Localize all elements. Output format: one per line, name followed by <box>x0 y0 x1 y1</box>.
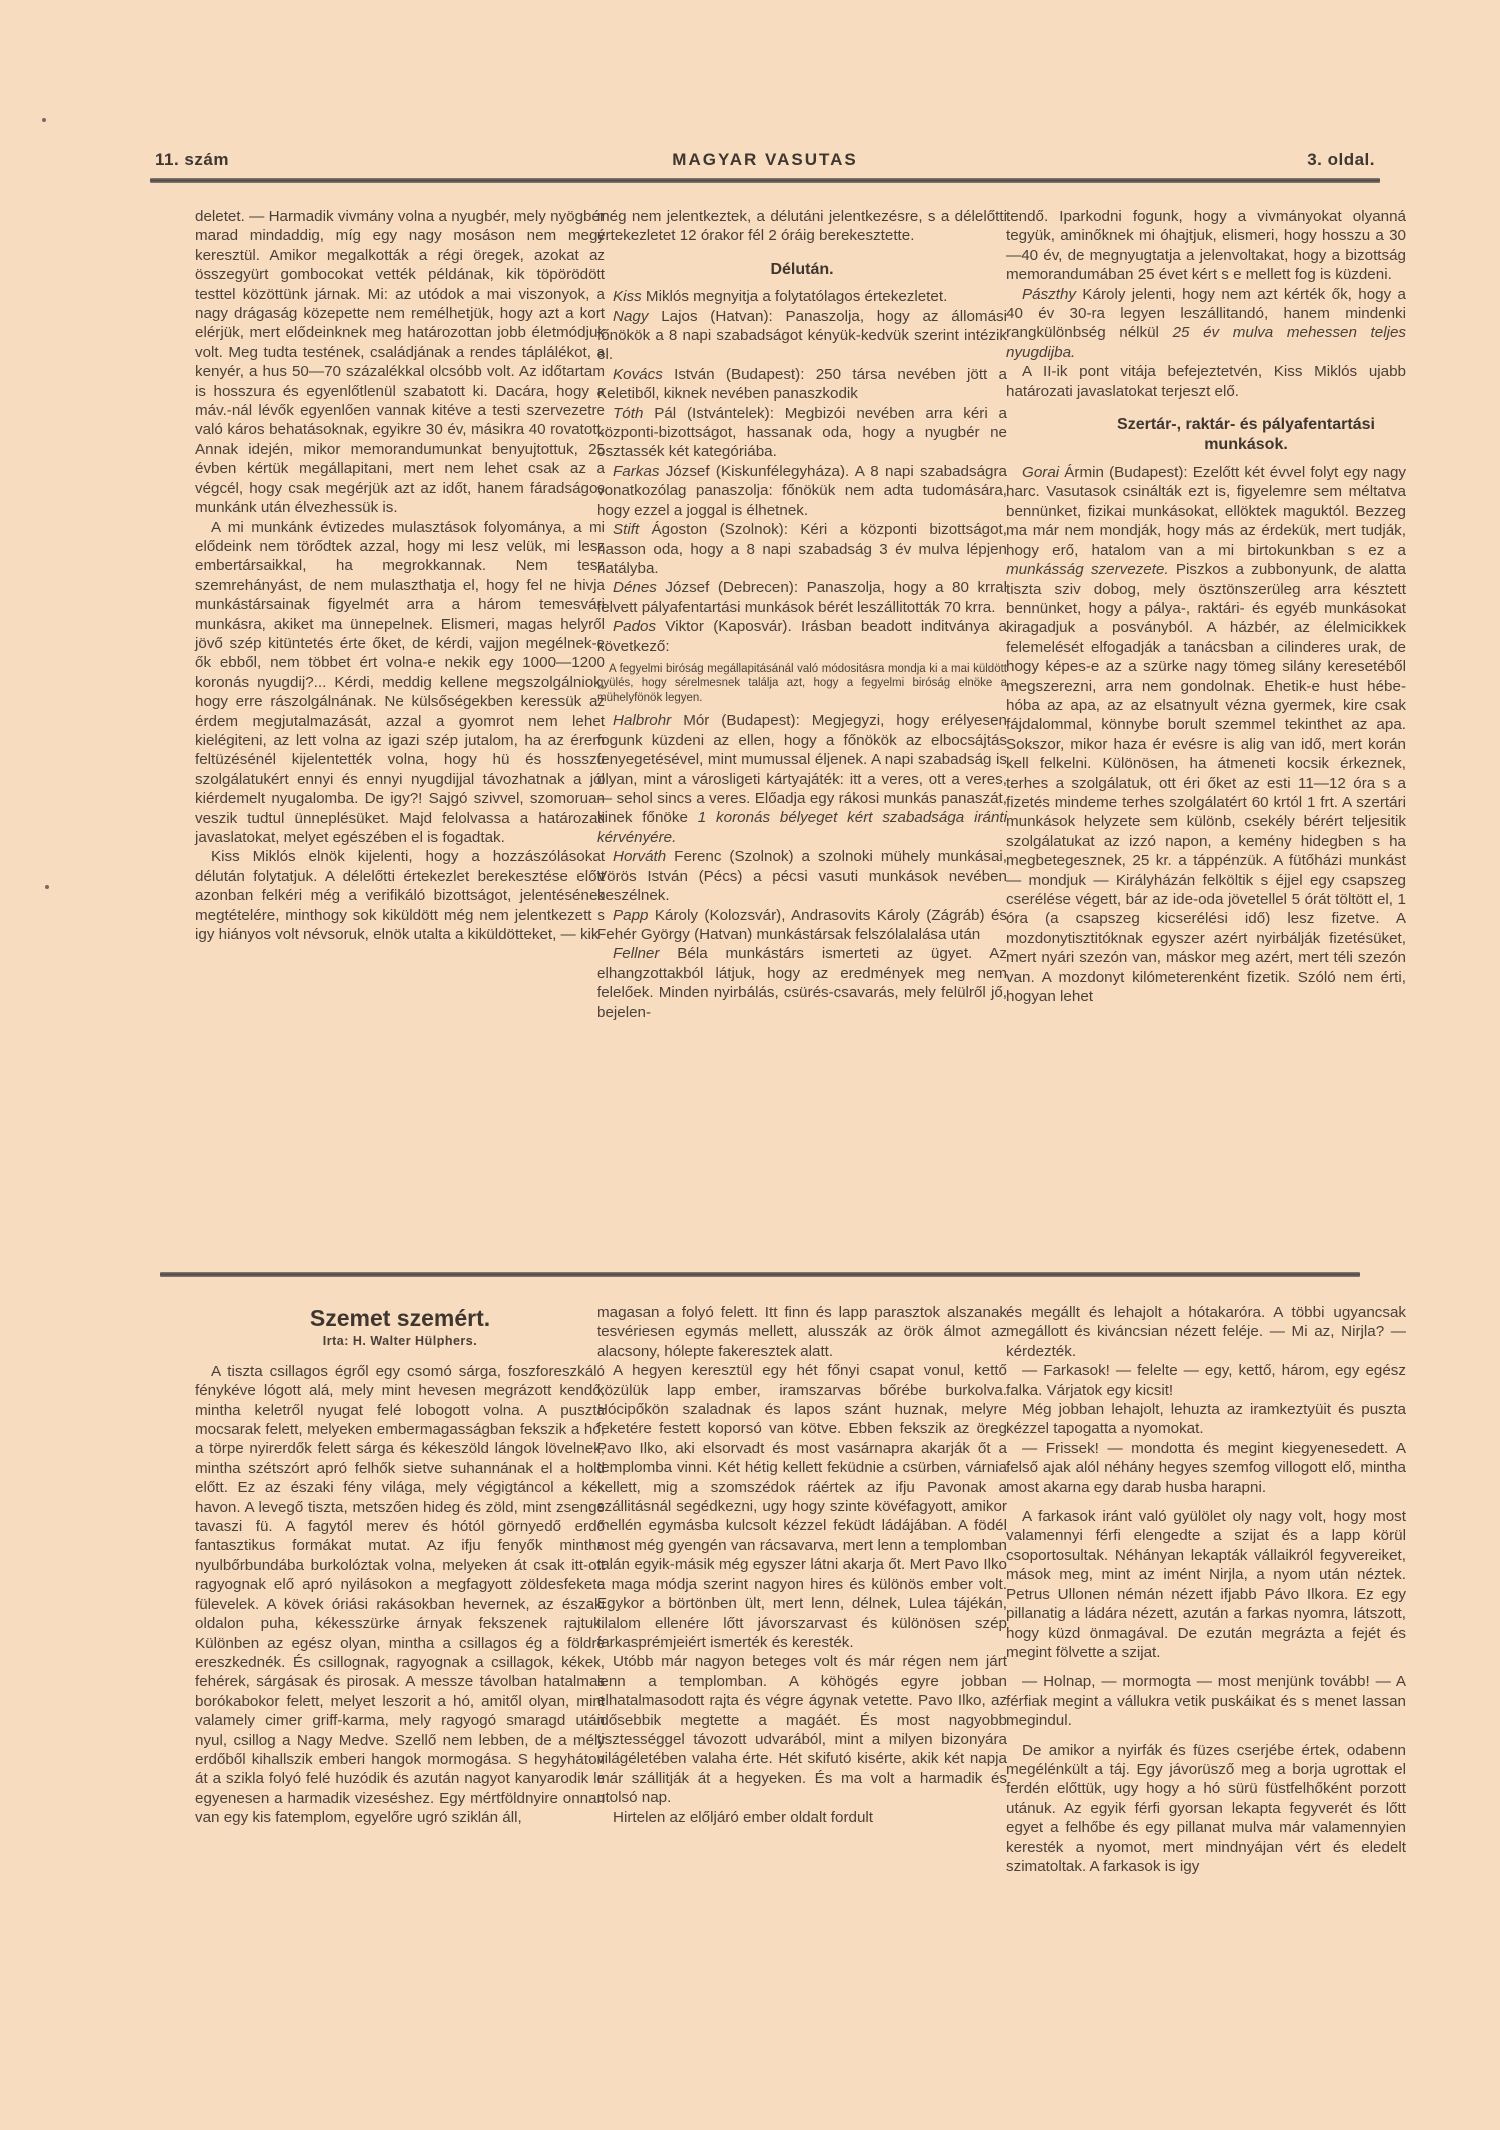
speaker-name: Papp <box>613 907 648 924</box>
speaker-name: Farkas <box>613 463 659 480</box>
paragraph: A farkasok iránt való gyülölet oly nagy … <box>1006 1507 1406 1662</box>
section-divider-rule <box>160 1272 1360 1277</box>
scan-speck <box>45 885 49 889</box>
speaker-name: Dénes <box>613 579 657 596</box>
spacer <box>1006 1662 1406 1672</box>
speaker-paragraph: Horváth Ferenc (Szolnok) a szolnoki mühe… <box>597 847 1007 905</box>
speaker-paragraph: Kiss Miklós megnyitja a folytatólagos ér… <box>597 287 1007 306</box>
speaker-name: Gorai <box>1022 464 1059 481</box>
speaker-name: Kovács <box>613 366 663 383</box>
paragraph: A hegyen keresztül egy hét főnyi csapat … <box>597 1361 1007 1652</box>
scan-speck <box>42 118 46 122</box>
paragraph: Utóbb már nagyon beteges volt és már rég… <box>597 1652 1007 1807</box>
paragraph: A tiszta csillagos égről egy csomó sárga… <box>195 1362 605 1828</box>
speaker-paragraph: Kovács István (Budapest): 250 társa nevé… <box>597 365 1007 404</box>
paragraph: Még jobban lehajolt, lehuzta az iramkezt… <box>1006 1400 1406 1439</box>
page-header: 11. szám MAGYAR VASUTAS 3. oldal. <box>155 150 1375 174</box>
story-column-3: és megállt és lehajolt a hótakaróra. A t… <box>1006 1303 1406 1876</box>
speaker-paragraph: Nagy Lajos (Hatvan): Panaszolja, hogy az… <box>597 307 1007 365</box>
story-column-1: Szemet szemért. Irta: H. Walter Hülphers… <box>195 1303 605 1828</box>
page-number: 3. oldal. <box>1307 150 1375 170</box>
speaker-paragraph: Stift Ágoston (Szolnok): Kéri a központi… <box>597 520 1007 578</box>
paragraph: A II-ik pont vitája befejeztetvén, Kiss … <box>1006 362 1406 401</box>
speaker-name: Nagy <box>613 308 648 325</box>
speaker-name: Halbrohr <box>613 712 671 729</box>
motion-text: A fegyelmi biróság megállapitásánál való… <box>597 662 1007 706</box>
speaker-paragraph: Dénes József (Debrecen): Panaszolja, hog… <box>597 578 1007 617</box>
speaker-name: Pados <box>613 618 656 635</box>
newspaper-page: 11. szám MAGYAR VASUTAS 3. oldal. delete… <box>0 0 1500 2130</box>
speaker-paragraph: Papp Károly (Kolozsvár), Andrasovits Kár… <box>597 906 1007 945</box>
masthead: MAGYAR VASUTAS <box>155 150 1375 170</box>
speaker-name: Tóth <box>613 405 643 422</box>
report-column-1: deletet. — Harmadik vivmány volna a nyug… <box>195 207 605 944</box>
spacer <box>1006 1731 1406 1741</box>
report-column-2: még nem jelentkeztek, a délutáni jelentk… <box>597 207 1007 1022</box>
story-column-2: magasan a folyó felett. Itt finn és lapp… <box>597 1303 1007 1827</box>
paragraph: — Frissek! — mondotta és megint kiegyene… <box>1006 1439 1406 1497</box>
speaker-paragraph: Farkas József (Kiskunfélegyháza). A 8 na… <box>597 462 1007 520</box>
speaker-name: Stift <box>613 521 639 538</box>
paragraph: még nem jelentkeztek, a délutáni jelentk… <box>597 207 1007 246</box>
speaker-paragraph: Tóth Pál (Istvántelek): Megbizói nevében… <box>597 404 1007 462</box>
spacer <box>1006 1497 1406 1507</box>
speaker-paragraph: Pados Viktor (Kaposvár). Irásban beadott… <box>597 617 1007 656</box>
paragraph: A mi munkánk évtizedes mulasztások folyo… <box>195 518 605 848</box>
story-title: Szemet szemért. <box>195 1309 605 1328</box>
speaker-paragraph: Fellner Béla munkástárs ismerteti az ügy… <box>597 944 1007 1022</box>
speaker-name: Kiss <box>613 288 642 305</box>
speaker-name: Horváth <box>613 848 666 865</box>
speaker-paragraph: Pászthy Károly jelenti, hogy nem azt kér… <box>1006 285 1406 363</box>
report-column-3: tendő. Iparkodni fogunk, hogy a vivmányo… <box>1006 207 1406 1006</box>
paragraph: deletet. — Harmadik vivmány volna a nyug… <box>195 207 605 518</box>
speaker-name: Fellner <box>613 945 659 962</box>
speaker-paragraph: Gorai Ármin (Budapest): Ezelőtt két évve… <box>1006 463 1406 1006</box>
paragraph: — Holnap, — mormogta — most menjünk tová… <box>1006 1672 1406 1730</box>
paragraph: tendő. Iparkodni fogunk, hogy a vivmányo… <box>1006 207 1406 285</box>
paragraph: magasan a folyó felett. Itt finn és lapp… <box>597 1303 1007 1361</box>
paragraph: Hirtelen az előljáró ember oldalt fordul… <box>597 1808 1007 1827</box>
paragraph: — Farkasok! — felelte — egy, kettő, háro… <box>1006 1361 1406 1400</box>
paragraph: és megállt és lehajolt a hótakaróra. A t… <box>1006 1303 1406 1361</box>
paragraph: De amikor a nyirfák és füzes cserjébe ér… <box>1006 1741 1406 1877</box>
story-byline: Irta: H. Walter Hülphers. <box>195 1332 605 1351</box>
speaker-paragraph: Halbrohr Mór (Budapest): Megjegyzi, hogy… <box>597 711 1007 847</box>
section-heading-workers: Szertár-, raktár- és pályafentartási mun… <box>1006 415 1406 455</box>
header-rule <box>150 178 1380 183</box>
paragraph: Kiss Miklós elnök kijelenti, hogy a hozz… <box>195 847 605 944</box>
speaker-name: Pászthy <box>1022 286 1076 303</box>
section-heading-afternoon: Délután. <box>597 260 1007 279</box>
